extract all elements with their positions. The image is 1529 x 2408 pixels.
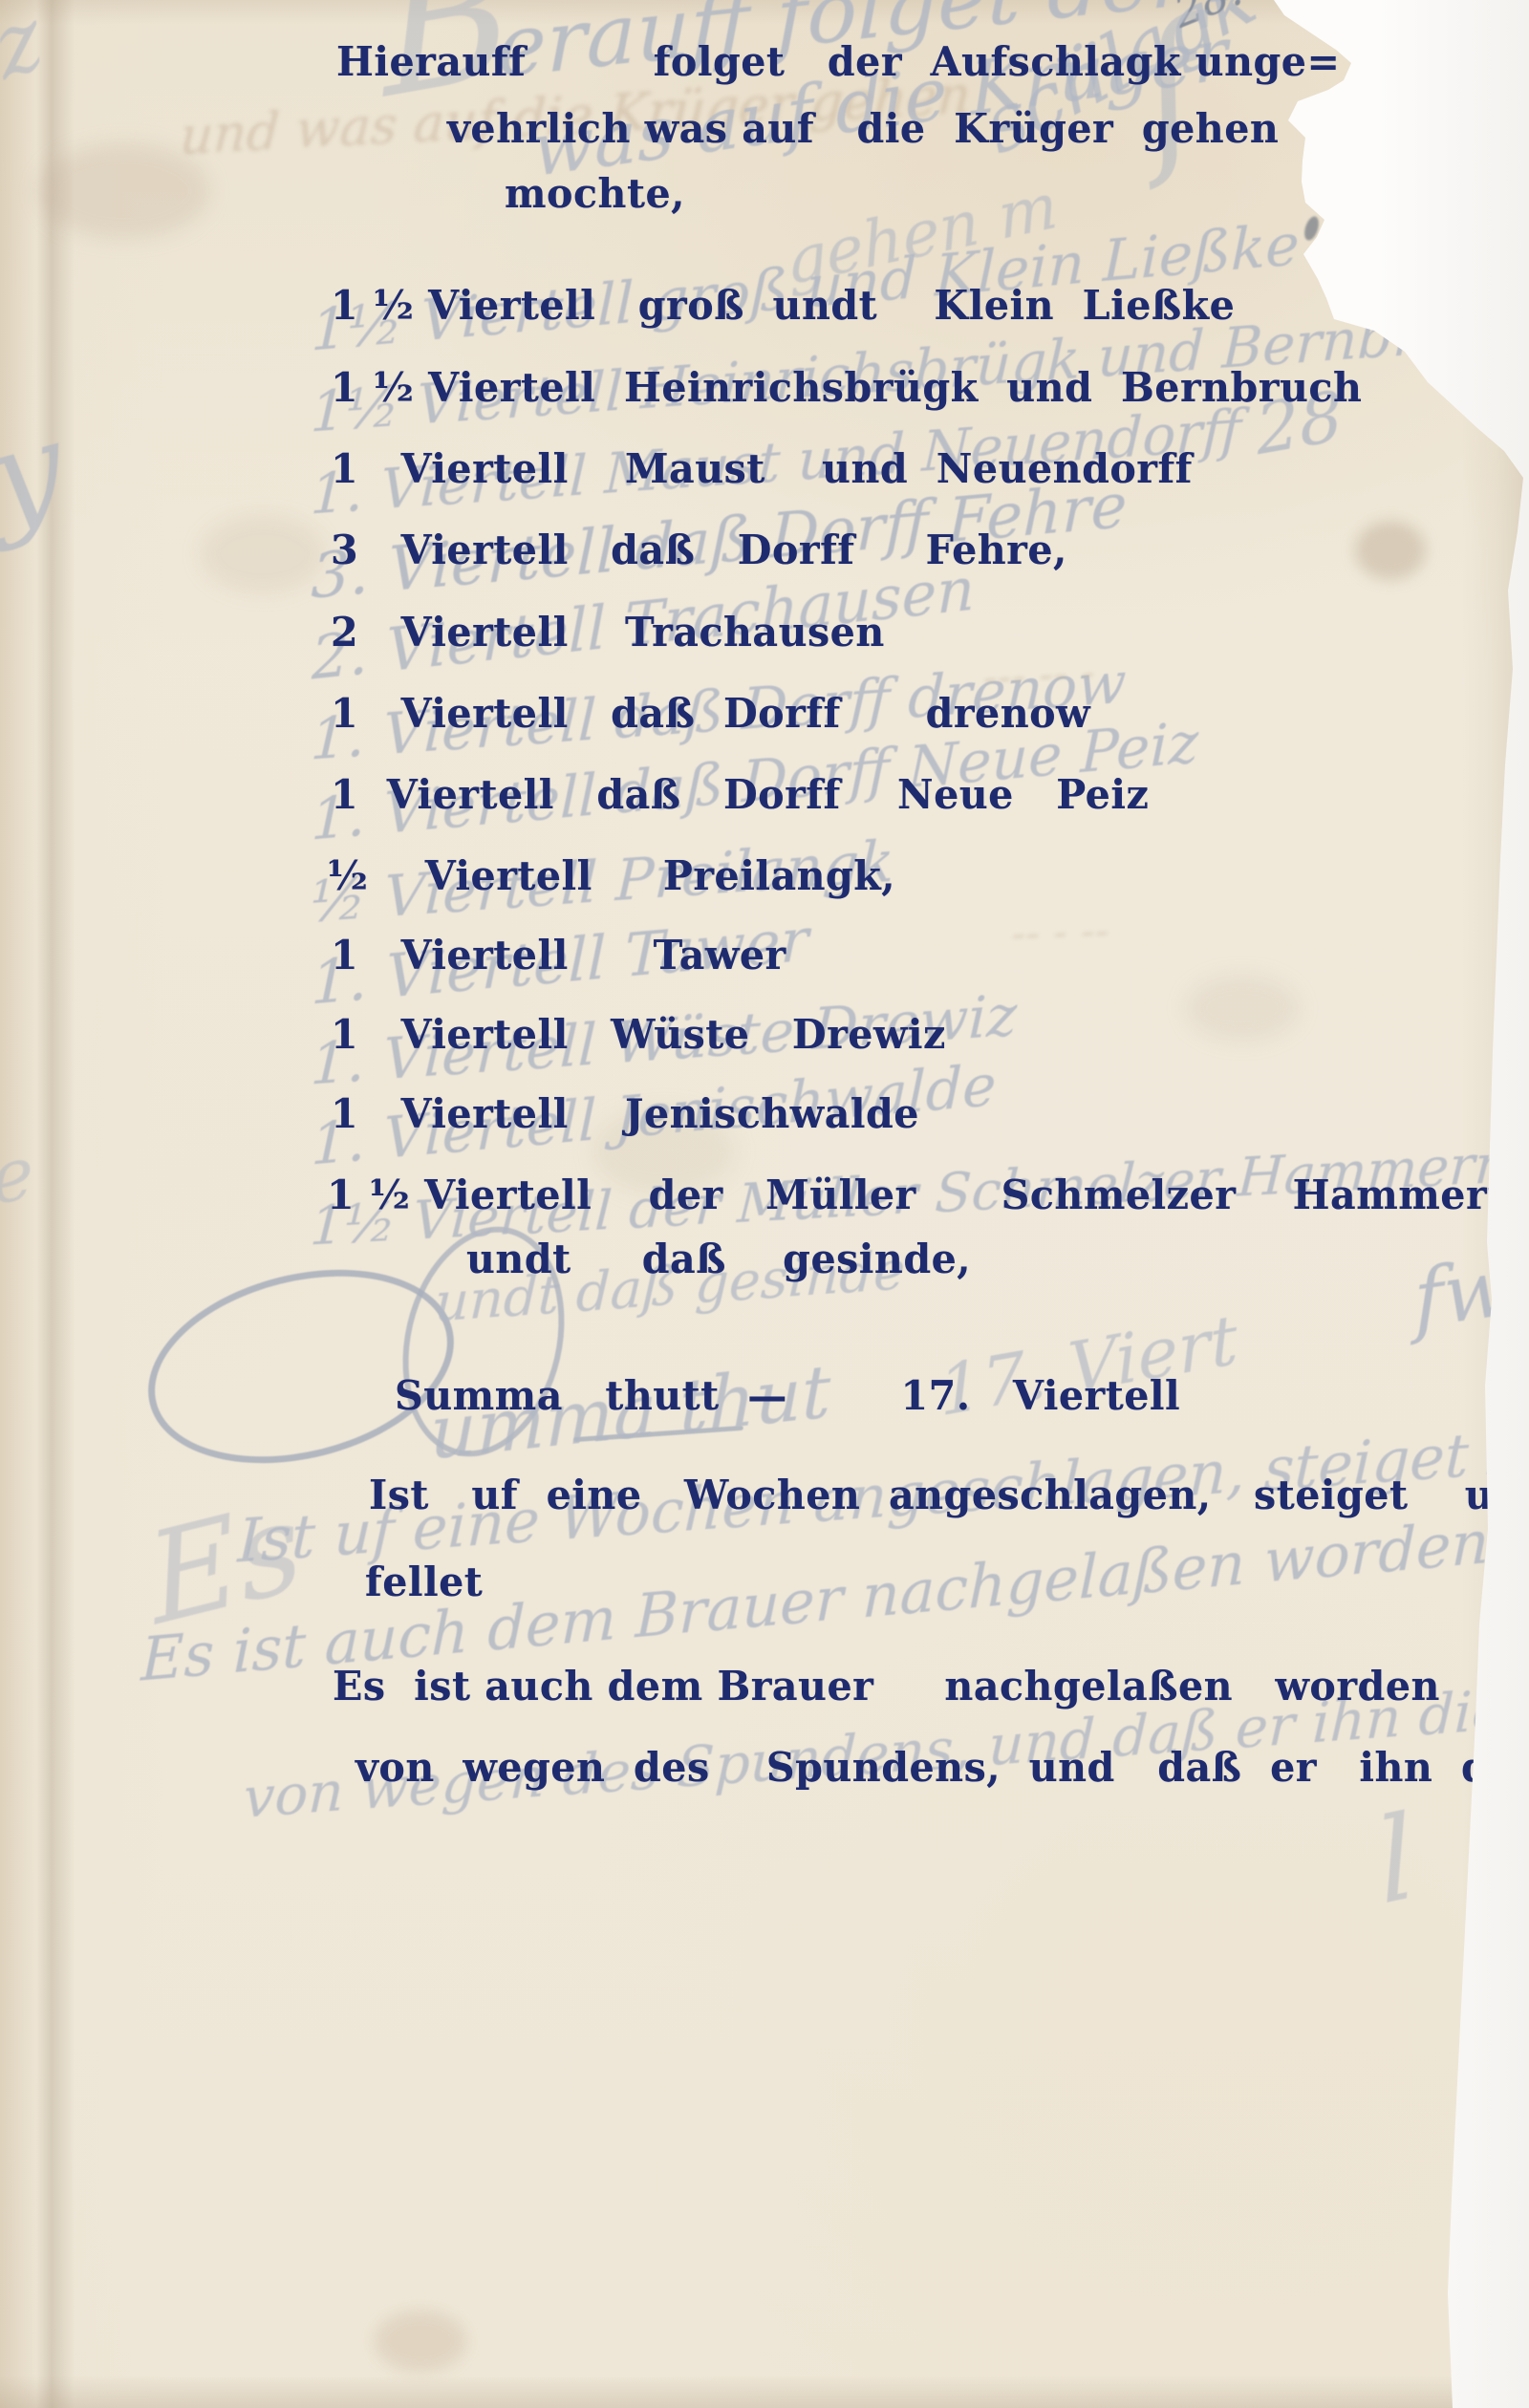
transcription-line: fellet (365, 1562, 483, 1602)
transcription-line: 1 Viertell Jenischwalde (331, 1094, 919, 1134)
bottom-edge-shade (0, 2376, 1529, 2408)
transcription-line: 1 Viertell Wüste Drewiz (331, 1015, 946, 1055)
transcription-line: Hierauff folget der Aufschlagk unge= (336, 42, 1340, 82)
script-fragment: l (1372, 1800, 1420, 1923)
paper-stain (375, 2311, 466, 2372)
script-fragment: e (0, 1135, 36, 1215)
transcription-line: mochte, (505, 174, 685, 214)
transcription-line: Es ist auch dem Brauer nachgelaßen worde… (333, 1666, 1529, 1707)
transcription-line: 2 Viertell Trachausen (331, 613, 885, 653)
transcription-line: 1 Viertell Maust und Neuendorff (331, 449, 1193, 489)
transcription-line: ½ Viertell Preilangk, (327, 856, 895, 896)
transcription-line: Ist uf eine Wochen angeschlagen, steiget… (369, 1475, 1529, 1516)
transcription-line: 1 Viertell daß Dorff drenow (331, 694, 1090, 734)
transcription-line: 1 ½ Viertell Heinrichsbrügk und Bernbruc… (331, 368, 1362, 408)
paper-stain (1185, 975, 1300, 1042)
scanned-document-page: Berauff folget der Aufschlagk28.fund was… (0, 0, 1529, 2408)
transcription-line: vehrlich was auf die Krüger gehen (447, 109, 1279, 149)
paper-sheet: Berauff folget der Aufschlagk28.fund was… (0, 0, 1529, 2408)
transcription-line: 1 ½ Viertell groß undt Klein Ließke (331, 286, 1235, 326)
paper-stain (1355, 521, 1426, 580)
transcription-line: undt daß gesinde, (466, 1239, 971, 1279)
transcription-line: Summa thutt — 17. Viertell (395, 1376, 1180, 1416)
transcription-line: 3 Viertell daß Dorff Fehre, (331, 530, 1067, 570)
transcription-line: 1 Viertell Tawer (331, 935, 786, 976)
transcription-line: 1 Viertell daß Dorff Neue Peiz (331, 775, 1149, 815)
transcription-line: 1 ½ Viertell der Müller Schmelzer Hammer… (327, 1175, 1529, 1215)
bleedthrough-marks: -- - -- (1010, 910, 1110, 956)
transcription-line: von wegen des Spundens, und daß er ihn d… (355, 1748, 1529, 1788)
paper-stain (201, 516, 325, 592)
